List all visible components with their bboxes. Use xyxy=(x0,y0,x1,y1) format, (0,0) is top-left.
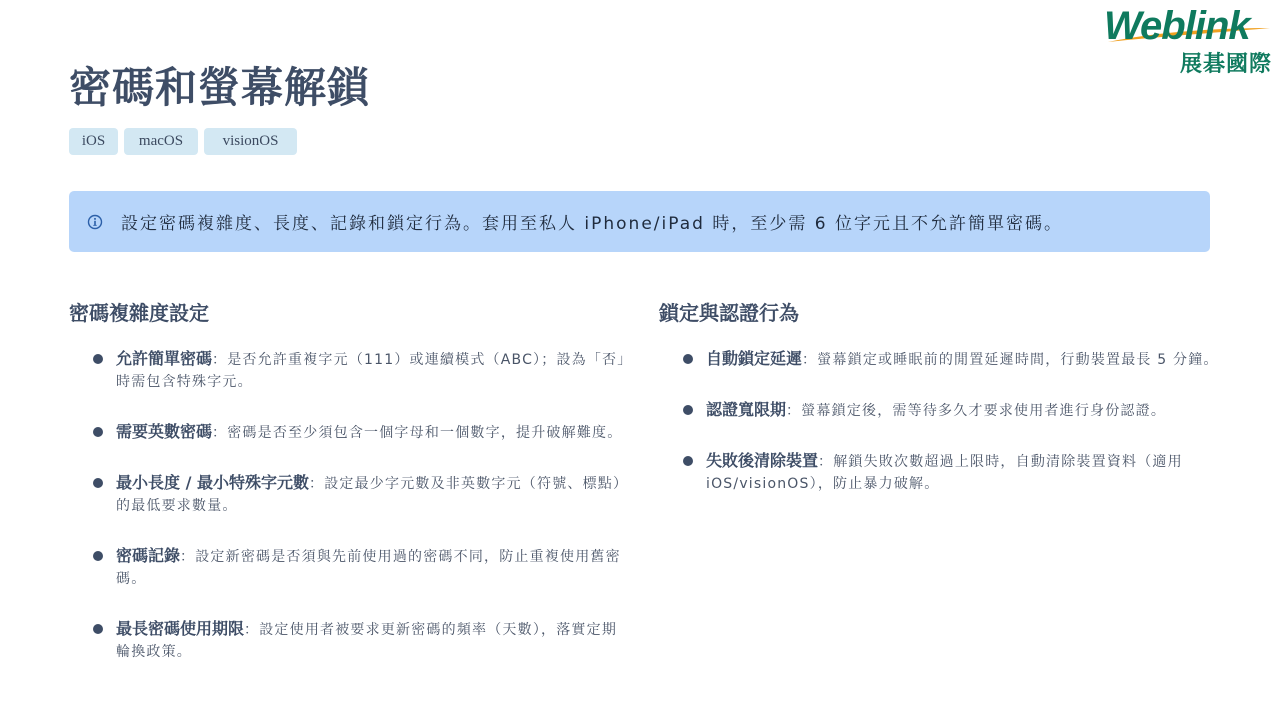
setting-list: 允許簡單密碼：是否允許重複字元（111）或連續模式（ABC）；設為「否」時需包含… xyxy=(69,348,629,663)
section-lock-auth-behavior: 鎖定與認證行為 自動鎖定延遲：螢幕鎖定或睡眠前的閒置延遲時間，行動裝置最長 5 … xyxy=(659,298,1219,523)
list-item: 失敗後清除裝置：解鎖失敗次數超過上限時，自動清除裝置資料（適用 iOS/visi… xyxy=(659,450,1219,495)
setting-desc: ：密碼是否至少須包含一個字母和一個數字，提升破解難度。 xyxy=(212,425,622,441)
setting-desc: ：螢幕鎖定後，需等待多久才要求使用者進行身份認證。 xyxy=(786,403,1166,419)
section-password-complexity: 密碼複雜度設定 允許簡單密碼：是否允許重複字元（111）或連續模式（ABC）；設… xyxy=(69,298,629,691)
tag-visionos: visionOS xyxy=(204,128,297,155)
logo-wordmark: Weblink xyxy=(1104,4,1250,48)
list-item: 認證寬限期：螢幕鎖定後，需等待多久才要求使用者進行身份認證。 xyxy=(659,399,1219,422)
bullet-icon xyxy=(93,624,103,634)
page-title: 密碼和螢幕解鎖 xyxy=(69,60,370,116)
tag-ios: iOS xyxy=(69,128,118,155)
bullet-icon xyxy=(683,354,693,364)
bullet-icon xyxy=(93,354,103,364)
setting-term: 最長密碼使用期限 xyxy=(116,619,244,638)
list-item: 允許簡單密碼：是否允許重複字元（111）或連續模式（ABC）；設為「否」時需包含… xyxy=(69,348,629,393)
setting-term: 需要英數密碼 xyxy=(116,422,212,441)
setting-term: 允許簡單密碼 xyxy=(116,349,212,368)
list-item: 最小長度 / 最小特殊字元數：設定最少字元數及非英數字元（符號、標點）的最低要求… xyxy=(69,472,629,517)
weblink-logo: Weblink 展碁國際 xyxy=(1104,4,1276,80)
bullet-icon xyxy=(683,456,693,466)
setting-term: 自動鎖定延遲 xyxy=(706,349,802,368)
setting-term: 密碼記錄 xyxy=(116,546,180,565)
info-banner: 設定密碼複雜度、長度、記錄和鎖定行為。套用至私人 iPhone/iPad 時，至… xyxy=(69,191,1210,252)
list-item: 最長密碼使用期限：設定使用者被要求更新密碼的頻率（天數），落實定期輪換政策。 xyxy=(69,618,629,663)
logo-chinese-name: 展碁國際 xyxy=(1180,51,1272,79)
setting-desc: ：螢幕鎖定或睡眠前的閒置延遲時間，行動裝置最長 5 分鐘。 xyxy=(802,352,1219,368)
info-banner-text: 設定密碼複雜度、長度、記錄和鎖定行為。套用至私人 iPhone/iPad 時，至… xyxy=(121,209,1063,234)
setting-desc: ：設定新密碼是否須與先前使用過的密碼不同，防止重複使用舊密碼。 xyxy=(116,549,621,587)
list-item: 密碼記錄：設定新密碼是否須與先前使用過的密碼不同，防止重複使用舊密碼。 xyxy=(69,545,629,590)
setting-list: 自動鎖定延遲：螢幕鎖定或睡眠前的閒置延遲時間，行動裝置最長 5 分鐘。 認證寬限… xyxy=(659,348,1219,495)
list-item: 需要英數密碼：密碼是否至少須包含一個字母和一個數字，提升破解難度。 xyxy=(69,421,629,444)
setting-term: 失敗後清除裝置 xyxy=(706,451,818,470)
list-item: 自動鎖定延遲：螢幕鎖定或睡眠前的閒置延遲時間，行動裝置最長 5 分鐘。 xyxy=(659,348,1219,371)
setting-term: 認證寬限期 xyxy=(706,400,786,419)
setting-term: 最小長度 / 最小特殊字元數 xyxy=(116,473,309,492)
section-heading: 密碼複雜度設定 xyxy=(69,298,629,328)
platform-tags: iOS macOS visionOS xyxy=(69,128,297,155)
tag-macos: macOS xyxy=(124,128,198,155)
bullet-icon xyxy=(93,427,103,437)
bullet-icon xyxy=(93,478,103,488)
bullet-icon xyxy=(93,551,103,561)
info-circle-icon xyxy=(87,214,103,230)
section-heading: 鎖定與認證行為 xyxy=(659,298,1219,328)
bullet-icon xyxy=(683,405,693,415)
